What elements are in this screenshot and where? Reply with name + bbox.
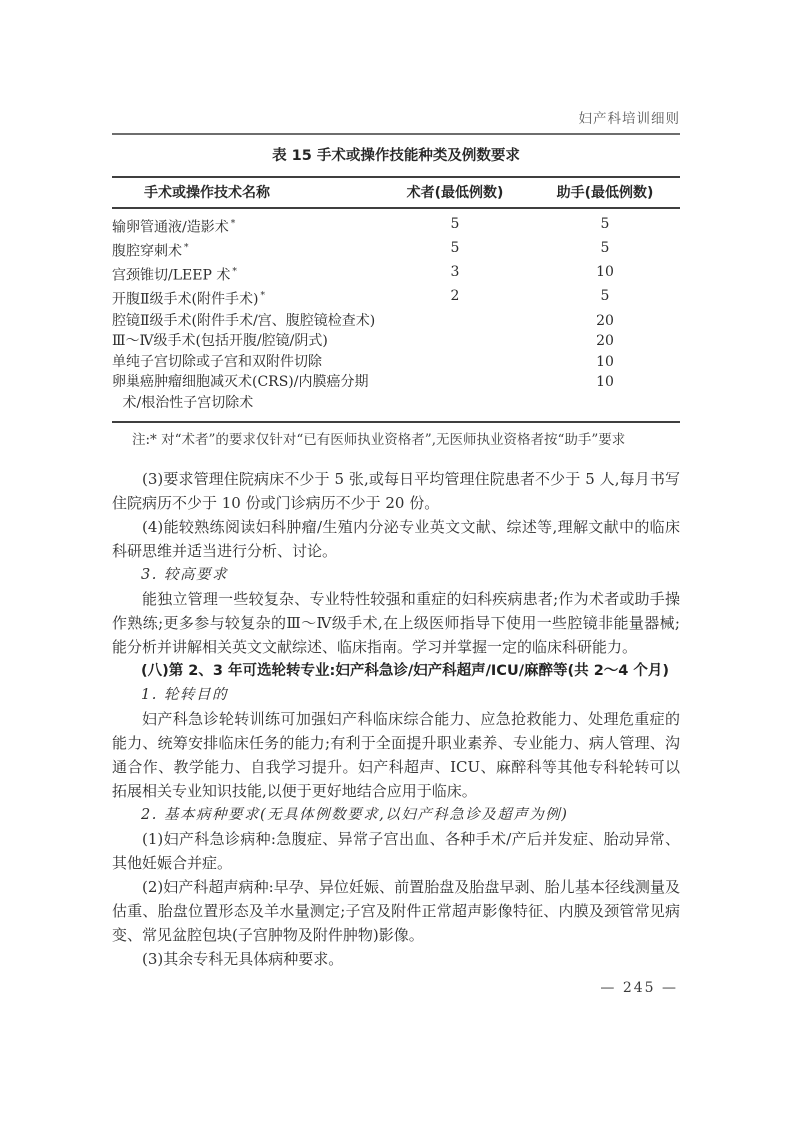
assistant-count-cell: 10	[530, 262, 680, 286]
table-row: 宫颈锥切/LEEP 术*310	[112, 262, 680, 286]
table-row: 腔镜Ⅱ级手术(附件手术/宫、腹腔镜检查术)20	[112, 311, 680, 332]
surgery-name-cell: 卵巢癌肿瘤细胞减灭术(CRS)/内膜癌分期 术/根治性子宫切除术	[112, 372, 380, 413]
body-paragraph: (1)妇产科急诊病种:急腹症、异常子宫出血、各种手术/产后并发症、胎动异常、其他…	[112, 827, 680, 875]
body-content: (3)要求管理住院病床不少于 5 张,或每日平均管理住院患者不少于 5 人,每月…	[112, 467, 680, 971]
table-row: 腹腔穿刺术*55	[112, 238, 680, 262]
operator-count-cell	[380, 372, 530, 413]
surgery-name-cell: 宫颈锥切/LEEP 术*	[112, 262, 380, 286]
asterisk-mark: *	[232, 267, 237, 277]
subsection-heading: 1. 轮转目的	[112, 683, 680, 707]
surgery-name-cell: Ⅲ～Ⅳ级手术(包括开腹/腔镜/阴式)	[112, 331, 380, 352]
table-row: 输卵管通液/造影术*55	[112, 214, 680, 238]
surgery-requirements-table: 手术或操作技术名称 术者(最低例数) 助手(最低例数) 输卵管通液/造影术*55…	[112, 176, 680, 423]
asterisk-mark: *	[184, 243, 189, 253]
operator-count-cell	[380, 331, 530, 352]
operator-count-cell: 3	[380, 262, 530, 286]
operator-count-cell: 2	[380, 286, 530, 310]
assistant-count-cell: 5	[530, 238, 680, 262]
surgery-name-cell: 开腹Ⅱ级手术(附件手术)*	[112, 286, 380, 310]
assistant-count-cell: 10	[530, 372, 680, 413]
table-note: 注:* 对“术者”的要求仅针对“已有医师执业资格者”,无医师执业资格者按“助手”…	[112, 432, 680, 448]
column-header-name: 手术或操作技术名称	[112, 182, 380, 202]
surgery-name-cell: 输卵管通液/造影术*	[112, 214, 380, 238]
surgery-name-cell: 腹腔穿刺术*	[112, 238, 380, 262]
column-header-operator: 术者(最低例数)	[380, 182, 530, 202]
operator-count-cell: 5	[380, 238, 530, 262]
surgery-name-cell: 腔镜Ⅱ级手术(附件手术/宫、腹腔镜检查术)	[112, 311, 380, 332]
operator-count-cell: 5	[380, 214, 530, 238]
table-header-row: 手术或操作技术名称 术者(最低例数) 助手(最低例数)	[112, 178, 680, 209]
asterisk-mark: *	[231, 219, 236, 229]
asterisk-mark: *	[260, 291, 265, 301]
document-page: 妇产科培训细则 表 15 手术或操作技能种类及例数要求 手术或操作技术名称 术者…	[0, 0, 800, 1131]
assistant-count-cell: 20	[530, 311, 680, 332]
assistant-count-cell: 20	[530, 331, 680, 352]
assistant-count-cell: 10	[530, 352, 680, 373]
subsection-heading: 2. 基本病种要求(无具体例数要求,以妇产科急诊及超声为例)	[112, 803, 680, 827]
table-row: 开腹Ⅱ级手术(附件手术)*25	[112, 286, 680, 310]
body-paragraph: 能独立管理一些较复杂、专业特性较强和重症的妇科疾病患者;作为术者或助手操作熟练;…	[112, 587, 680, 659]
body-paragraph: 妇产科急诊轮转训练可加强妇产科临床综合能力、应急抢救能力、处理危重症的能力、统筹…	[112, 707, 680, 803]
operator-count-cell	[380, 311, 530, 332]
surgery-table-body: 输卵管通液/造影术*55腹腔穿刺术*55宫颈锥切/LEEP 术*310开腹Ⅱ级手…	[112, 209, 680, 421]
body-paragraph: (4)能较熟练阅读妇科肿瘤/生殖内分泌专业英文文献、综述等,理解文献中的临床科研…	[112, 515, 680, 563]
body-paragraph: (3)要求管理住院病床不少于 5 张,或每日平均管理住院患者不少于 5 人,每月…	[112, 467, 680, 515]
page-content: 妇产科培训细则 表 15 手术或操作技能种类及例数要求 手术或操作技术名称 术者…	[112, 0, 680, 996]
table-row: Ⅲ～Ⅳ级手术(包括开腹/腔镜/阴式)20	[112, 331, 680, 352]
assistant-count-cell: 5	[530, 286, 680, 310]
header-rule	[112, 133, 680, 135]
section-heading: (八)第 2、3 年可选轮转专业:妇产科急诊/妇产科超声/ICU/麻醉等(共 2…	[112, 659, 680, 683]
column-header-assistant: 助手(最低例数)	[530, 182, 680, 202]
surgery-name-cell: 单纯子宫切除或子宫和双附件切除	[112, 352, 380, 373]
table-row: 卵巢癌肿瘤细胞减灭术(CRS)/内膜癌分期 术/根治性子宫切除术10	[112, 372, 680, 413]
page-number: — 245 —	[112, 980, 680, 996]
body-paragraph: (3)其余专科无具体病种要求。	[112, 947, 680, 971]
body-paragraph: (2)妇产科超声病种:早孕、异位妊娠、前置胎盘及胎盘早剥、胎儿基本径线测量及估重…	[112, 875, 680, 947]
subsection-heading: 3. 较高要求	[112, 563, 680, 587]
table-row: 单纯子宫切除或子宫和双附件切除10	[112, 352, 680, 373]
running-header: 妇产科培训细则	[112, 0, 680, 127]
assistant-count-cell: 5	[530, 214, 680, 238]
table-caption: 表 15 手术或操作技能种类及例数要求	[112, 148, 680, 165]
operator-count-cell	[380, 352, 530, 373]
